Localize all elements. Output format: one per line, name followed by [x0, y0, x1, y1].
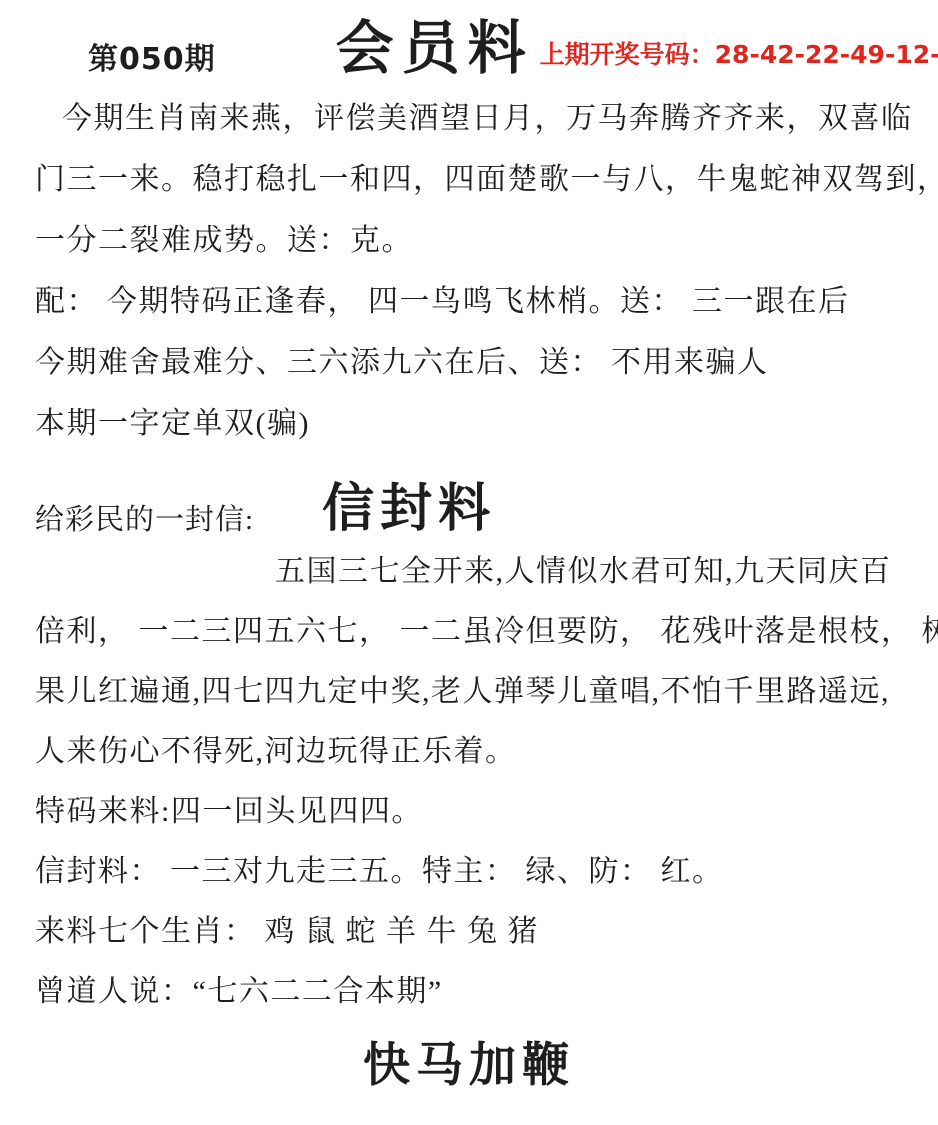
envelope-line: 来料七个生肖： 鸡 鼠 蛇 羊 牛 兔 猪	[0, 902, 938, 962]
envelope-line: 五国三七全开来,人情似水君可知,九天同庆百	[0, 542, 938, 602]
issue-number: 第050期	[88, 43, 216, 76]
last-draw-result: 上期开奖号码：28-42-22-49-12-31+13	[540, 35, 938, 76]
envelope-section-title: 信封料	[322, 484, 496, 542]
member-line: 今期生肖南来燕，评偿美酒望日月，万马奔腾齐齐来，双喜临	[0, 88, 938, 149]
envelope-section: 五国三七全开来,人情似水君可知,九天同庆百 倍利， 一二三四五六七， 一二虽冷但…	[0, 542, 938, 1022]
tip-sheet-page: 第050期 会员料 上期开奖号码：28-42-22-49-12-31+13 今期…	[0, 0, 938, 1125]
member-line: 门三一来。稳打稳扎一和四，四面楚歌一与八，牛鬼蛇神双驾到，	[0, 149, 938, 210]
envelope-line: 信封料： 一三对九走三五。特主： 绿、防： 红。	[0, 842, 938, 902]
envelope-section-header: 给彩民的一封信: 信封料	[0, 454, 938, 542]
last-draw-label: 上期开奖号码：	[540, 40, 715, 69]
envelope-intro: 给彩民的一封信:	[0, 503, 254, 542]
page-title: 会员料	[336, 21, 534, 76]
member-line: 配： 今期特码正逢春， 四一鸟鸣飞林梢。送： 三一跟在后	[0, 271, 938, 332]
envelope-line: 曾道人说：“七六二二合本期”	[0, 962, 938, 1022]
member-line: 一分二裂难成势。送：克。	[0, 210, 938, 271]
last-draw-numbers: 28-42-22-49-12-31+13	[715, 40, 938, 69]
envelope-line: 果儿红遍通,四七四九定中奖,老人弹琴儿童唱,不怕千里路遥远,	[0, 662, 938, 722]
member-section: 今期生肖南来燕，评偿美酒望日月，万马奔腾齐齐来，双喜临 门三一来。稳打稳扎一和四…	[0, 88, 938, 454]
page-header: 第050期 会员料 上期开奖号码：28-42-22-49-12-31+13	[0, 0, 938, 76]
envelope-line: 人来伤心不得死,河边玩得正乐着。	[0, 722, 938, 782]
envelope-line: 特码来料:四一回头见四四。	[0, 782, 938, 842]
member-line: 今期难舍最难分、三六添九六在后、送： 不用来骗人	[0, 332, 938, 393]
envelope-line: 倍利， 一二三四五六七， 一二虽冷但要防， 花残叶落是根枝， 树上	[0, 602, 938, 662]
member-line: 本期一字定单双(骗)	[0, 393, 938, 454]
footer-title: 快马加鞭	[0, 1028, 938, 1095]
